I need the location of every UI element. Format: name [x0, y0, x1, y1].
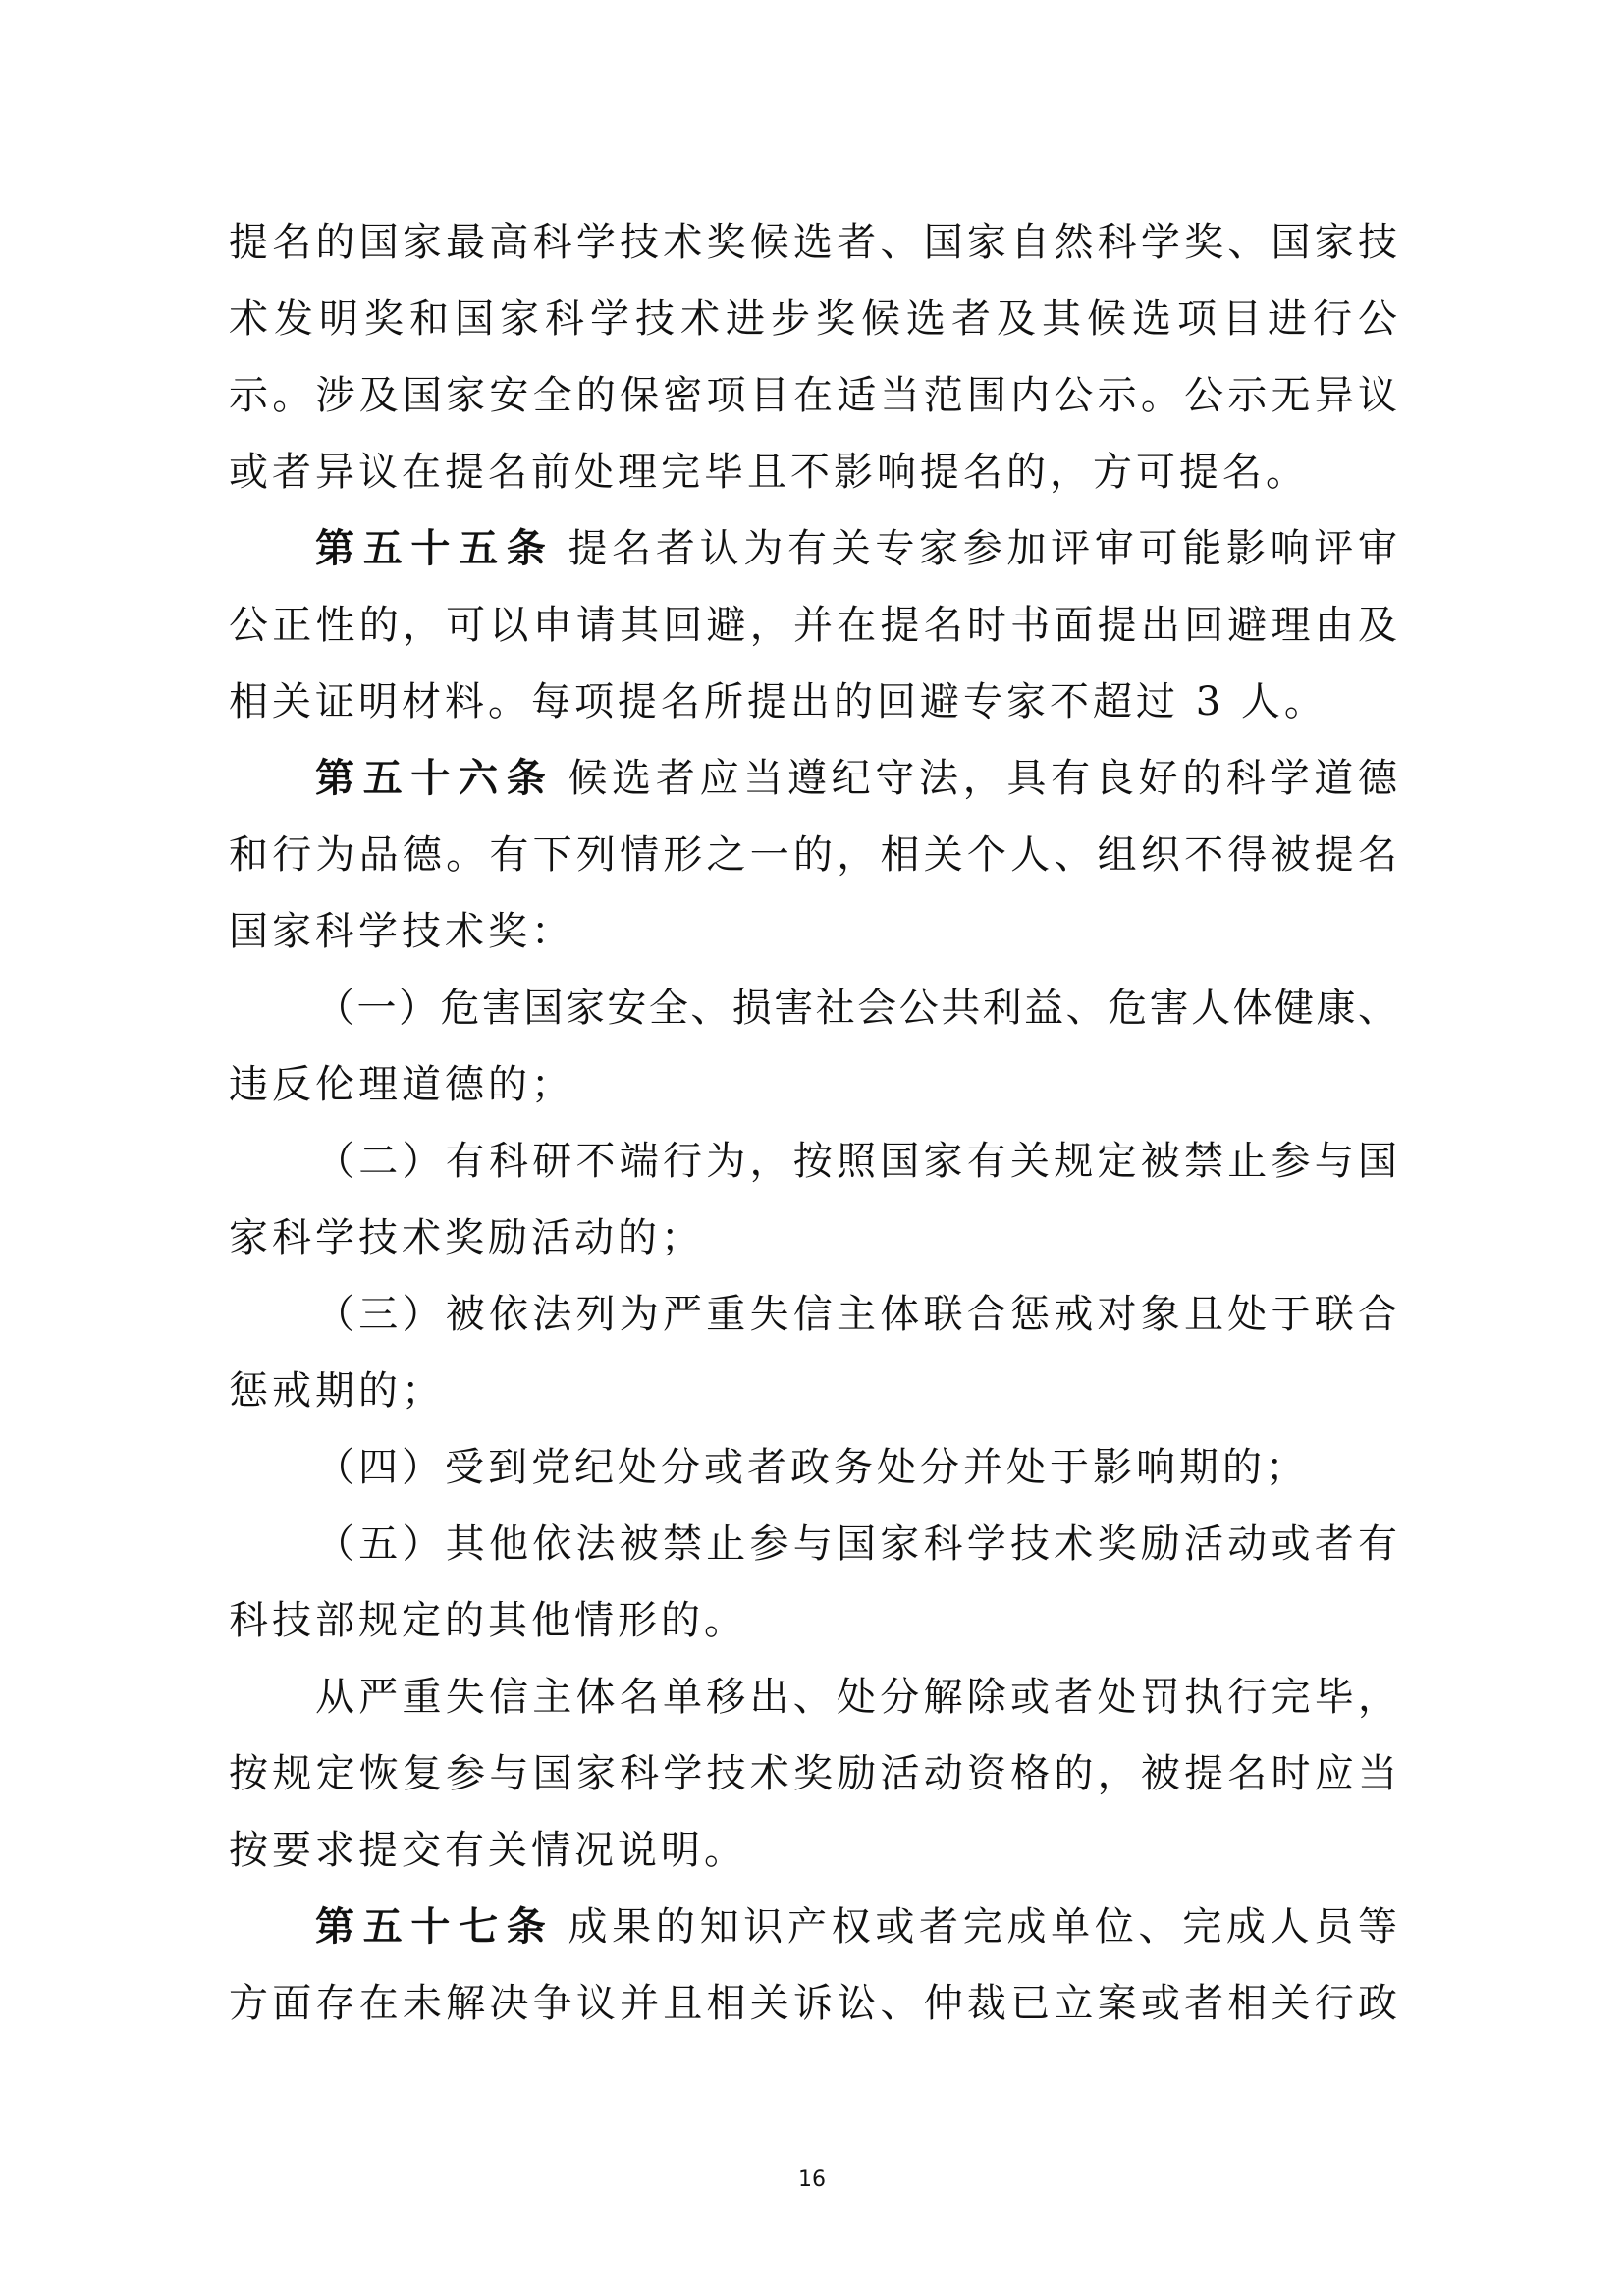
line-text: 和行为品德。有下列情形之一的，相关个人、组织不得被提名 — [229, 832, 1397, 878]
text-line: （五）其他依法被禁止参与国家科学技术奖励活动或者有 — [229, 1506, 1397, 1582]
line-text: 提名者认为有关专家参加评审可能影响评审 — [568, 526, 1397, 571]
document-page: 提名的国家最高科学技术奖候选者、国家自然科学奖、国家技术发明奖和国家科学技术进步… — [0, 0, 1624, 2296]
text-line: 违反伦理道德的； — [229, 1046, 1397, 1123]
article-line: 第五十六条候选者应当遵纪守法，具有良好的科学道德 — [229, 740, 1397, 817]
article-heading: 第五十七条 — [315, 1903, 554, 1949]
line-text: （一）危害国家安全、损害社会公共利益、危害人体健康、 — [315, 986, 1397, 1031]
text-line: 相关证明材料。每项提名所提出的回避专家不超过 3 人。 — [229, 664, 1397, 740]
text-line: 国家科学技术奖： — [229, 893, 1397, 970]
line-text: （二）有科研不端行为，按照国家有关规定被禁止参与国 — [315, 1139, 1397, 1184]
text-line: 按规定恢复参与国家科学技术奖励活动资格的，被提名时应当 — [229, 1735, 1397, 1812]
line-text: （三）被依法列为严重失信主体联合惩戒对象且处于联合 — [315, 1292, 1397, 1337]
text-line: 或者异议在提名前处理完毕且不影响提名的，方可提名。 — [229, 434, 1397, 510]
text-line: 按要求提交有关情况说明。 — [229, 1812, 1397, 1889]
line-text: 相关证明材料。每项提名所提出的回避专家不超过 3 人。 — [229, 679, 1327, 724]
line-text: 违反伦理道德的； — [229, 1062, 574, 1107]
line-text: 按要求提交有关情况说明。 — [229, 1828, 747, 1873]
text-line: 方面存在未解决争议并且相关诉讼、仲裁已立案或者相关行政 — [229, 1965, 1397, 2042]
line-text: 成果的知识产权或者完成单位、完成人员等 — [568, 1904, 1397, 1949]
text-line: （三）被依法列为严重失信主体联合惩戒对象且处于联合 — [229, 1276, 1397, 1353]
line-text: 国家科学技术奖： — [229, 909, 574, 954]
line-text: 从严重失信主体名单移出、处分解除或者处罚执行完毕， — [315, 1675, 1397, 1720]
line-text: （五）其他依法被禁止参与国家科学技术奖励活动或者有 — [315, 1522, 1397, 1567]
line-text: 按规定恢复参与国家科学技术奖励活动资格的，被提名时应当 — [229, 1751, 1397, 1796]
line-text: 科技部规定的其他情形的。 — [229, 1598, 747, 1643]
page-number: 16 — [0, 2167, 1624, 2192]
text-line: 惩戒期的； — [229, 1353, 1397, 1429]
article-line: 第五十五条提名者认为有关专家参加评审可能影响评审 — [229, 510, 1397, 587]
line-text: 公正性的，可以申请其回避，并在提名时书面提出回避理由及 — [229, 603, 1397, 648]
text-line: 科技部规定的其他情形的。 — [229, 1582, 1397, 1659]
article-heading: 第五十六条 — [315, 755, 554, 801]
line-text: 或者异议在提名前处理完毕且不影响提名的，方可提名。 — [229, 450, 1309, 495]
line-text: 候选者应当遵纪守法，具有良好的科学道德 — [568, 756, 1397, 801]
text-line: 和行为品德。有下列情形之一的，相关个人、组织不得被提名 — [229, 817, 1397, 893]
body-text: 提名的国家最高科学技术奖候选者、国家自然科学奖、国家技术发明奖和国家科学技术进步… — [229, 204, 1397, 2042]
line-text: 家科学技术奖励活动的； — [229, 1215, 704, 1260]
line-text: 提名的国家最高科学技术奖候选者、国家自然科学奖、国家技 — [229, 220, 1397, 265]
line-text: 惩戒期的； — [229, 1368, 445, 1414]
text-line: （一）危害国家安全、损害社会公共利益、危害人体健康、 — [229, 970, 1397, 1046]
text-line: 术发明奖和国家科学技术进步奖候选者及其候选项目进行公 — [229, 281, 1397, 357]
line-text: 方面存在未解决争议并且相关诉讼、仲裁已立案或者相关行政 — [229, 1981, 1397, 2026]
text-line: 公正性的，可以申请其回避，并在提名时书面提出回避理由及 — [229, 587, 1397, 664]
article-line: 第五十七条成果的知识产权或者完成单位、完成人员等 — [229, 1889, 1397, 1965]
text-line: （四）受到党纪处分或者政务处分并处于影响期的； — [229, 1429, 1397, 1506]
article-heading: 第五十五条 — [315, 525, 554, 571]
text-line: 提名的国家最高科学技术奖候选者、国家自然科学奖、国家技 — [229, 204, 1397, 281]
text-line: 从严重失信主体名单移出、处分解除或者处罚执行完毕， — [229, 1659, 1397, 1735]
text-line: 家科学技术奖励活动的； — [229, 1200, 1397, 1276]
line-text: 示。涉及国家安全的保密项目在适当范围内公示。公示无异议 — [229, 373, 1397, 418]
text-line: （二）有科研不端行为，按照国家有关规定被禁止参与国 — [229, 1123, 1397, 1200]
text-line: 示。涉及国家安全的保密项目在适当范围内公示。公示无异议 — [229, 357, 1397, 434]
line-text: 术发明奖和国家科学技术进步奖候选者及其候选项目进行公 — [229, 296, 1397, 342]
line-text: （四）受到党纪处分或者政务处分并处于影响期的； — [315, 1445, 1309, 1490]
